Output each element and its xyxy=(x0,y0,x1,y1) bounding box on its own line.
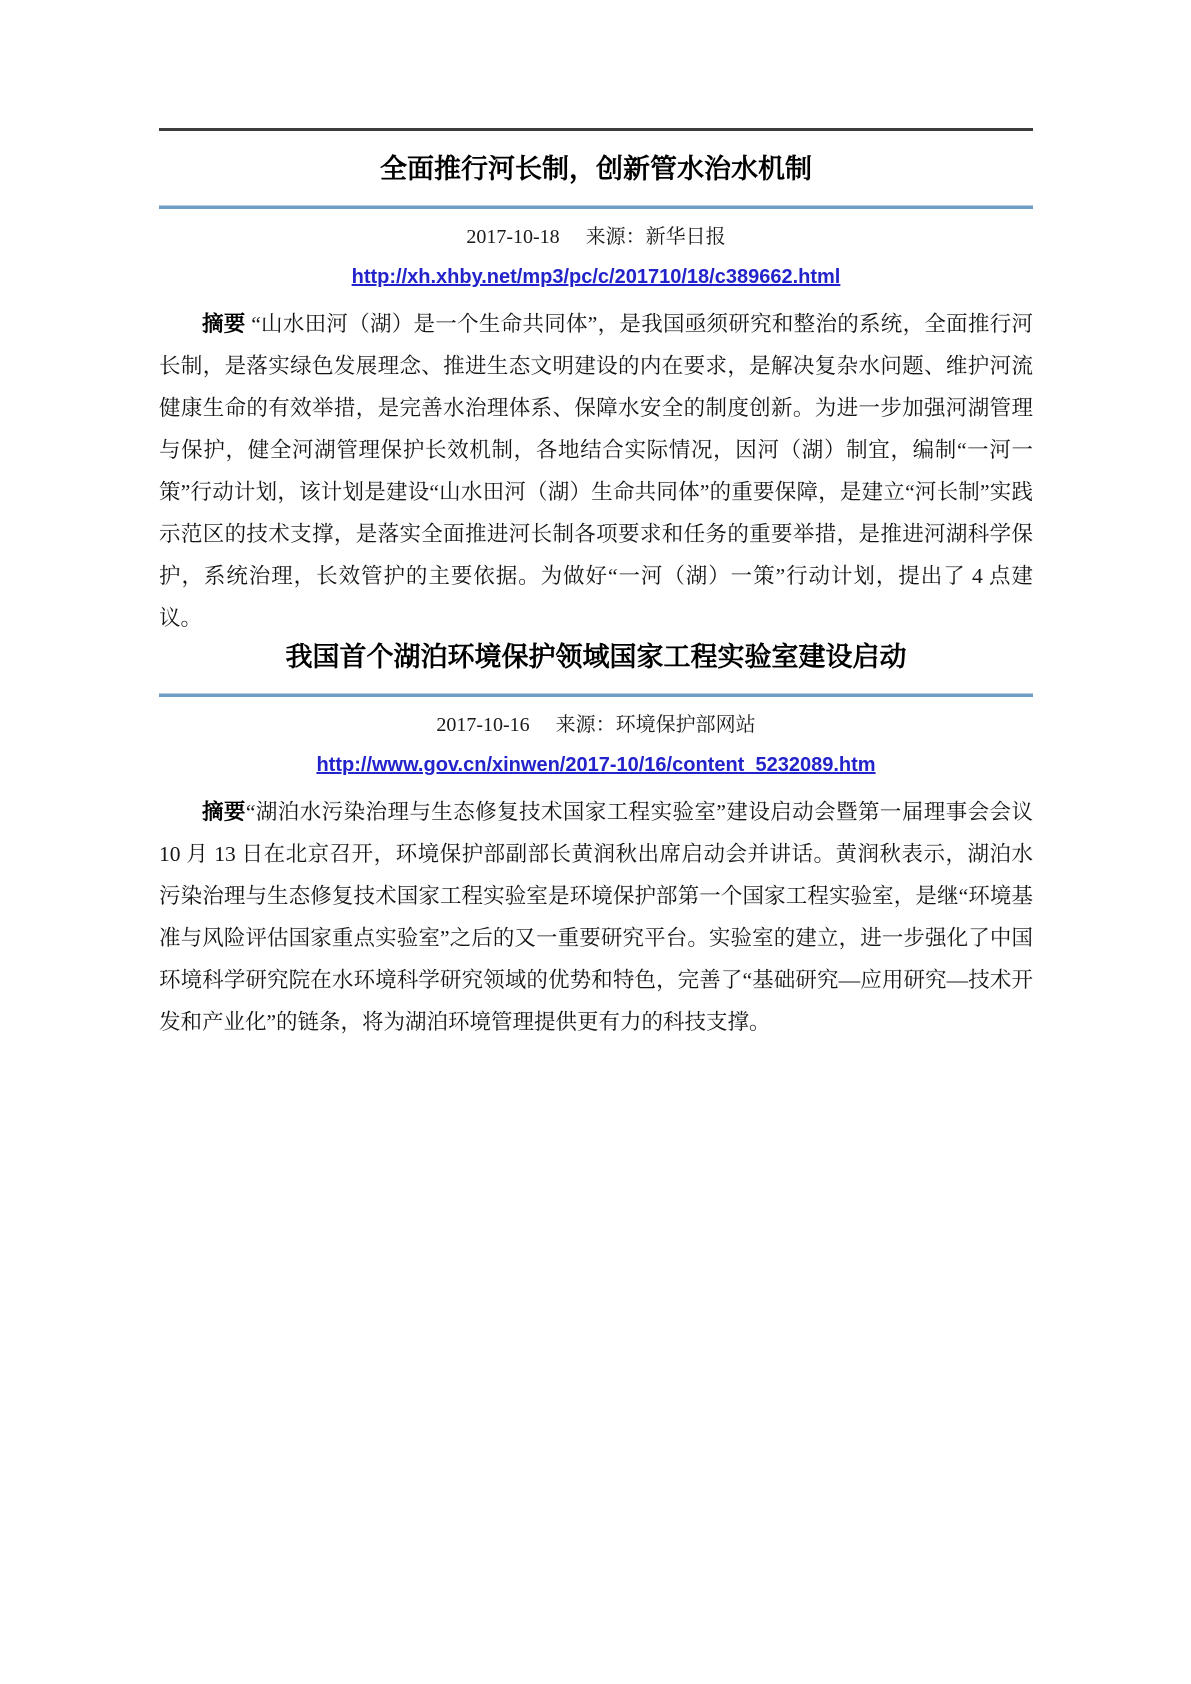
article-1-meta: 2017-10-18来源：新华日报 xyxy=(159,223,1033,251)
article-1-link-row: http://xh.xhby.net/mp3/pc/c/201710/18/c3… xyxy=(159,263,1033,293)
article-2-title-underline-rule xyxy=(159,693,1033,697)
article-2-abstract: 摘要“湖泊水污染治理与生态修复技术国家工程实验室”建设启动会暨第一届理事会会议 … xyxy=(159,791,1033,1043)
article-section-2: 我国首个湖泊环境保护领域国家工程实验室建设启动 2017-10-16来源：环境保… xyxy=(159,641,1033,1043)
header-rule xyxy=(159,128,1033,131)
article-1-url-link[interactable]: http://xh.xhby.net/mp3/pc/c/201710/18/c3… xyxy=(352,266,841,288)
article-section-1: 全面推行河长制，创新管水治水机制 2017-10-18来源：新华日报 http:… xyxy=(159,153,1033,639)
article-2-source: 来源：环境保护部网站 xyxy=(556,714,756,736)
article-1-source: 来源：新华日报 xyxy=(586,226,726,248)
article-2-link-row: http://www.gov.cn/xinwen/2017-10/16/cont… xyxy=(159,751,1033,781)
article-2-title: 我国首个湖泊环境保护领域国家工程实验室建设启动 xyxy=(159,641,1033,673)
article-1-title-underline-rule xyxy=(159,205,1033,209)
document-content: 全面推行河长制，创新管水治水机制 2017-10-18来源：新华日报 http:… xyxy=(159,0,1033,1043)
article-1-date: 2017-10-18 xyxy=(466,226,559,248)
article-1-title: 全面推行河长制，创新管水治水机制 xyxy=(159,153,1033,185)
article-2-abstract-text: “湖泊水污染治理与生态修复技术国家工程实验室”建设启动会暨第一届理事会会议 10… xyxy=(159,800,1033,1034)
document-page: 全面推行河长制，创新管水治水机制 2017-10-18来源：新华日报 http:… xyxy=(0,0,1191,1684)
article-2-abstract-label: 摘要 xyxy=(202,800,246,824)
article-2-meta: 2017-10-16来源：环境保护部网站 xyxy=(159,711,1033,739)
article-2-date: 2017-10-16 xyxy=(436,714,529,736)
article-1-abstract-label: 摘要 xyxy=(202,312,246,336)
article-2-url-link[interactable]: http://www.gov.cn/xinwen/2017-10/16/cont… xyxy=(316,754,875,776)
article-1-abstract: 摘要 “山水田河（湖）是一个生命共同体”，是我国亟须研究和整治的系统，全面推行河… xyxy=(159,303,1033,639)
article-1-abstract-text: “山水田河（湖）是一个生命共同体”，是我国亟须研究和整治的系统，全面推行河长制，… xyxy=(159,312,1033,630)
